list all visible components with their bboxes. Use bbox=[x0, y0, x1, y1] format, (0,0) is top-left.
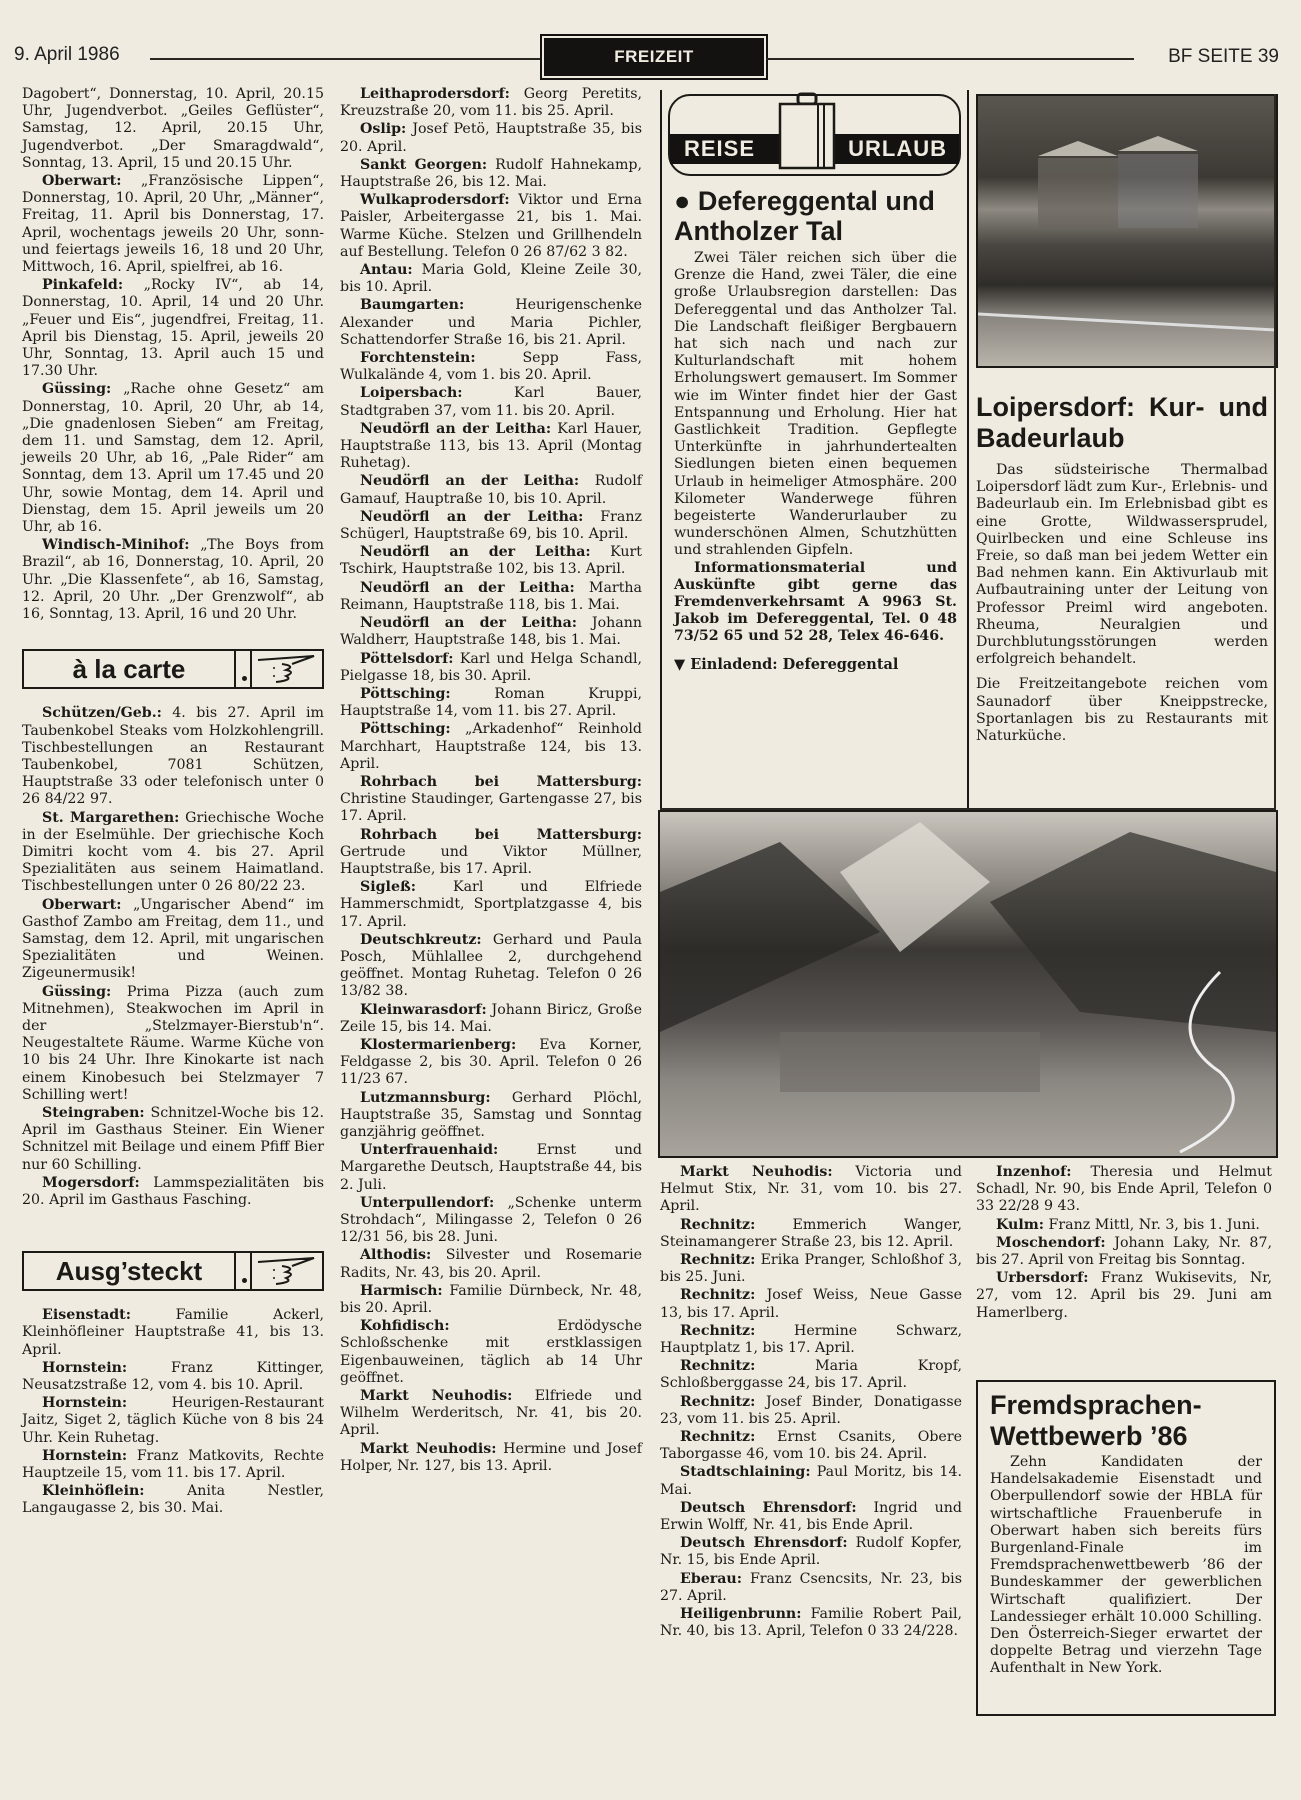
place-name: Leithaprodersdorf: bbox=[360, 86, 510, 102]
place-name: Hornstein: bbox=[42, 1360, 127, 1376]
place-name: Klostermarienberg: bbox=[360, 1037, 516, 1053]
listing-entry: Schützen/Geb.: 4. bis 27. April im Taube… bbox=[22, 705, 324, 808]
place-name: Pöttelsdorf: bbox=[360, 651, 453, 667]
listing-entry: Markt Neuhodis: Elfriede und Wilhelm Wer… bbox=[340, 1388, 642, 1440]
place-name: Rohrbach bei Mattersburg: bbox=[360, 774, 642, 790]
listing-entry: Heiligenbrunn: Familie Robert Pail, Nr. … bbox=[660, 1606, 962, 1640]
place-name: Oberwart: bbox=[42, 173, 121, 189]
listing-entry: Rechnitz: Ernst Csanits, Obere Taborgass… bbox=[660, 1429, 962, 1463]
place-name: Pöttsching: bbox=[360, 686, 451, 702]
listing-entry: Moschendorf: Johann Laky, Nr. 87, bis 27… bbox=[976, 1235, 1272, 1269]
header-rule-right bbox=[766, 58, 1134, 60]
info-paragraph: Informationsmaterial und Auskünfte gibt … bbox=[674, 560, 957, 646]
place-name: Hornstein: bbox=[42, 1395, 127, 1411]
place-name: Oberwart: bbox=[42, 897, 121, 913]
place-name: Wulkaprodersdorf: bbox=[360, 192, 510, 208]
listing-entry: Stadtschlaining: Paul Moritz, bis 14. Ma… bbox=[660, 1464, 962, 1498]
listing-entry: Rechnitz: Erika Pranger, Schloßhof 3, bi… bbox=[660, 1252, 962, 1286]
heurigen-list: Leithaprodersdorf: Georg Peretits, Kreuz… bbox=[340, 86, 642, 1475]
place-name: Neudörfl an der Leitha: bbox=[360, 544, 591, 560]
pointing-hand-icon bbox=[252, 654, 322, 684]
place-name: Güssing: bbox=[42, 381, 111, 397]
divider-dot bbox=[234, 651, 252, 687]
right-rule bbox=[1274, 94, 1276, 808]
place-name: Kohfidisch: bbox=[360, 1318, 450, 1334]
ausgsteckt-section-header: Ausg’steckt bbox=[22, 1251, 324, 1291]
place-name: Rechnitz: bbox=[680, 1252, 755, 1268]
listing-entry: Rechnitz: Emmerich Wanger, Steinamangere… bbox=[660, 1217, 962, 1251]
page-number: BF SEITE 39 bbox=[1168, 46, 1279, 68]
place-name: Markt Neuhodis: bbox=[680, 1164, 833, 1180]
place-name: Neudörfl an der Leitha: bbox=[360, 615, 577, 631]
article-headline: ● Defereggental und Antholzer Tal bbox=[674, 186, 959, 246]
place-name: Neudörfl an der Leitha: bbox=[360, 580, 575, 596]
place-name: Inzenhof: bbox=[996, 1164, 1071, 1180]
listing-entry: Steingraben: Schnitzel-Woche bis 12. Apr… bbox=[22, 1105, 324, 1174]
place-name: Rohrbach bei Mattersburg: bbox=[360, 827, 642, 843]
place-name: Neudörfl an der Leitha: bbox=[360, 421, 551, 437]
listing-entry: Rechnitz: Maria Kropf, Schloßberggasse 2… bbox=[660, 1358, 962, 1392]
place-name: Pinkafeld: bbox=[42, 277, 123, 293]
suitcase-icon bbox=[774, 92, 844, 172]
alacarte-title: à la carte bbox=[24, 661, 234, 678]
header-rule-left bbox=[150, 58, 540, 60]
listing-text: Prima Pizza (auch zum Mitnehmen), Steakw… bbox=[22, 984, 324, 1103]
cinema-continued: Dagobert“, Donnerstag, 10. April, 20.15 … bbox=[22, 86, 324, 172]
place-name: Sankt Georgen: bbox=[360, 157, 487, 173]
bullet-icon: ● bbox=[674, 186, 690, 216]
place-name: Rechnitz: bbox=[680, 1217, 755, 1233]
place-name: Kulm: bbox=[996, 1217, 1044, 1233]
ausgsteckt-title: Ausg’steckt bbox=[24, 1263, 234, 1280]
alacarte-section-header: à la carte bbox=[22, 649, 324, 689]
place-name: Harmisch: bbox=[360, 1283, 443, 1299]
listing-entry: Antau: Maria Gold, Kleine Zeile 30, bis … bbox=[340, 262, 642, 296]
pointing-hand-icon bbox=[252, 1256, 322, 1286]
listing-entry: Windisch-Minihof: „The Boys from Brazil“… bbox=[22, 537, 324, 623]
place-name: Deutsch Ehrensdorf: bbox=[680, 1500, 857, 1516]
listing-entry: Forchtenstein: Sepp Fass, Wulkalände 4, … bbox=[340, 350, 642, 384]
listing-entry: Rechnitz: Josef Binder, Donatigasse 23, … bbox=[660, 1394, 962, 1428]
listing-entry: Mogersdorf: Lammspezialitäten bis 20. Ap… bbox=[22, 1175, 324, 1209]
banner-right-label: URLAUB bbox=[848, 136, 947, 162]
listing-entry: Harmisch: Familie Dürnbeck, Nr. 48, bis … bbox=[340, 1283, 642, 1317]
listing-entry: Rechnitz: Josef Weiss, Neue Gasse 13, bi… bbox=[660, 1287, 962, 1321]
listing-entry: Neudörfl an der Leitha: Rudolf Gamauf, H… bbox=[340, 473, 642, 507]
place-name: Neudörfl an der Leitha: bbox=[360, 509, 583, 525]
issue-date: 9. April 1986 bbox=[14, 44, 120, 66]
place-name: Urbersdorf: bbox=[996, 1270, 1088, 1286]
down-arrow-icon: ▼ bbox=[674, 656, 685, 673]
column-3-lower: Markt Neuhodis: Victoria und Helmut Stix… bbox=[660, 1164, 962, 1641]
place-name: Deutschkreutz: bbox=[360, 932, 482, 948]
place-name: Loipersbach: bbox=[360, 385, 463, 401]
place-name: St. Margarethen: bbox=[42, 810, 179, 826]
listing-entry: Güssing: „Rache ohne Gesetz“ am Donnerst… bbox=[22, 381, 324, 536]
listing-text: „Rache ohne Gesetz“ am Donnerstag, 10. A… bbox=[22, 381, 324, 535]
listing-entry: Sankt Georgen: Rudolf Hahnekamp, Hauptst… bbox=[340, 157, 642, 191]
listing-entry: Neudörfl an der Leitha: Kurt Tschirk, Ha… bbox=[340, 544, 642, 578]
listing-entry: Inzenhof: Theresia und Helmut Schadl, Nr… bbox=[976, 1164, 1272, 1216]
place-name: Lutzmannsburg: bbox=[360, 1090, 491, 1106]
listing-entry: Rechnitz: Hermine Schwarz, Hauptplatz 1,… bbox=[660, 1323, 962, 1357]
travel-box: REISE URLAUB ● Defereggental und Antholz… bbox=[660, 90, 969, 812]
listing-entry: Pöttsching: Roman Kruppi, Hauptstraße 14… bbox=[340, 686, 642, 720]
listing-entry: Neudörfl an der Leitha: Martha Reimann, … bbox=[340, 580, 642, 614]
listing-entry: Klostermarienberg: Eva Korner, Feldgasse… bbox=[340, 1037, 642, 1089]
listing-entry: Hornstein: Heurigen-Restaurant Jaitz, Si… bbox=[22, 1395, 324, 1447]
listing-entry: Oberwart: „Ungarischer Abend“ im Gasthof… bbox=[22, 897, 324, 983]
cinema-list: Oberwart: „Französische Lippen“, Donners… bbox=[22, 173, 324, 623]
listing-entry: Urbersdorf: Franz Wukisevits, Nr, 27, vo… bbox=[976, 1270, 1272, 1322]
listing-entry: Baumgarten: Heurigenschenke Alexander un… bbox=[340, 297, 642, 349]
listing-entry: Pinkafeld: „Rocky IV“, ab 14, Donnerstag… bbox=[22, 277, 324, 380]
place-name: Neudörfl an der Leitha: bbox=[360, 473, 579, 489]
listing-entry: Deutsch Ehrensdorf: Rudolf Kopfer, Nr. 1… bbox=[660, 1535, 962, 1569]
listing-entry: Hornstein: Franz Matkovits, Rechte Haupt… bbox=[22, 1448, 324, 1482]
place-name: Moschendorf: bbox=[996, 1235, 1106, 1251]
listing-entry: Deutschkreutz: Gerhard und Paula Posch, … bbox=[340, 932, 642, 1001]
listing-entry: Neudörfl an der Leitha: Franz Schügerl, … bbox=[340, 509, 642, 543]
place-name: Eberau: bbox=[680, 1571, 742, 1587]
place-name: Windisch-Minihof: bbox=[42, 537, 189, 553]
listing-entry: Kleinhöflein: Anita Nestler, Langaugasse… bbox=[22, 1483, 324, 1517]
place-name: Pöttsching: bbox=[360, 721, 451, 737]
listing-entry: Markt Neuhodis: Hermine und Josef Holper… bbox=[340, 1441, 642, 1475]
listing-entry: Kohfidisch: Erdödysche Schloßschenke mit… bbox=[340, 1318, 642, 1387]
photo-caption: ▼ Einladend: Defereggental bbox=[674, 656, 957, 673]
listing-text: Franz Mittl, Nr. 3, bis 1. Juni. bbox=[1044, 1217, 1260, 1233]
listing-entry: Kulm: Franz Mittl, Nr. 3, bis 1. Juni. bbox=[976, 1217, 1272, 1234]
article-headline: Loipersdorf: Kur- und Badeurlaub bbox=[976, 392, 1268, 454]
place-name: Kleinwarasdorf: bbox=[360, 1002, 487, 1018]
listing-entry: Hornstein: Franz Kittinger, Neusatzstraß… bbox=[22, 1360, 324, 1394]
listing-entry: Wulkaprodersdorf: Viktor und Erna Paisle… bbox=[340, 192, 642, 261]
listing-entry: Rohrbach bei Mattersburg: Christine Stau… bbox=[340, 774, 642, 826]
place-name: Baumgarten: bbox=[360, 297, 464, 313]
place-name: Deutsch Ehrensdorf: bbox=[680, 1535, 848, 1551]
listing-entry: Rohrbach bei Mattersburg: Gertrude und V… bbox=[340, 827, 642, 879]
place-name: Güssing: bbox=[42, 984, 111, 1000]
heurigen-list-continued: Markt Neuhodis: Victoria und Helmut Stix… bbox=[660, 1164, 962, 1640]
place-name: Forchtenstein: bbox=[360, 350, 476, 366]
listing-entry: Markt Neuhodis: Victoria und Helmut Stix… bbox=[660, 1164, 962, 1216]
listing-entry: Oslip: Josef Petö, Hauptstraße 35, bis 2… bbox=[340, 121, 642, 155]
divider-dot bbox=[234, 1253, 252, 1289]
place-name: Rechnitz: bbox=[680, 1394, 755, 1410]
place-name: Schützen/Geb.: bbox=[42, 705, 162, 721]
listing-entry: Leithaprodersdorf: Georg Peretits, Kreuz… bbox=[340, 86, 642, 120]
listing-entry: Eberau: Franz Csencsits, Nr. 23, bis 27.… bbox=[660, 1571, 962, 1605]
place-name: Markt Neuhodis: bbox=[360, 1441, 496, 1457]
place-name: Althodis: bbox=[360, 1247, 431, 1263]
article-headline: Fremdsprachen-Wettbewerb ’86 bbox=[990, 1390, 1262, 1452]
listing-entry: Loipersbach: Karl Bauer, Stadtgraben 37,… bbox=[340, 385, 642, 419]
article-body: Zehn Kandidaten der Handelsakademie Eise… bbox=[990, 1454, 1262, 1678]
listing-entry: Unterpullendorf: „Schenke unterm Strohda… bbox=[340, 1195, 642, 1247]
place-name: Rechnitz: bbox=[680, 1323, 755, 1339]
alacarte-list: Schützen/Geb.: 4. bis 27. April im Taube… bbox=[22, 705, 324, 1209]
column-4-lower: Inzenhof: Theresia und Helmut Schadl, Nr… bbox=[976, 1164, 1272, 1323]
heurigen-list-end: Inzenhof: Theresia und Helmut Schadl, Nr… bbox=[976, 1164, 1272, 1322]
place-name: Oslip: bbox=[360, 121, 406, 137]
place-name: Unterfrauenhaid: bbox=[360, 1142, 498, 1158]
place-name: Steingraben: bbox=[42, 1105, 145, 1121]
place-name: Hornstein: bbox=[42, 1448, 127, 1464]
place-name: Heiligenbrunn: bbox=[680, 1606, 801, 1622]
place-name: Antau: bbox=[360, 262, 413, 278]
listing-entry: St. Margarethen: Griechische Woche in de… bbox=[22, 810, 324, 896]
place-name: Rechnitz: bbox=[680, 1287, 755, 1303]
listing-text: Gertrude und Viktor Müllner, Hauptstraße… bbox=[340, 844, 642, 877]
column-1: Dagobert“, Donnerstag, 10. April, 20.15 … bbox=[22, 86, 324, 1519]
listing-entry: Sigleß: Karl und Elfriede Hammerschmidt,… bbox=[340, 879, 642, 931]
place-name: Rechnitz: bbox=[680, 1358, 755, 1374]
listing-entry: Eisenstadt: Familie Ackerl, Kleinhöflein… bbox=[22, 1307, 324, 1359]
loipersdorf-article: Loipersdorf: Kur- und Badeurlaub Das süd… bbox=[976, 392, 1268, 746]
column-2: Leithaprodersdorf: Georg Peretits, Kreuz… bbox=[340, 86, 642, 1476]
listing-entry: Deutsch Ehrensdorf: Ingrid und Erwin Wol… bbox=[660, 1500, 962, 1534]
listing-entry: Pöttelsdorf: Karl und Helga Schandl, Pie… bbox=[340, 651, 642, 685]
place-name: Markt Neuhodis: bbox=[360, 1388, 512, 1404]
place-name: Unterpullendorf: bbox=[360, 1195, 494, 1211]
alpine-valley-photo bbox=[658, 810, 1278, 1158]
listing-entry: Althodis: Silvester und Rosemarie Radits… bbox=[340, 1247, 642, 1281]
place-name: Eisenstadt: bbox=[42, 1307, 131, 1323]
listing-entry: Oberwart: „Französische Lippen“, Donners… bbox=[22, 173, 324, 276]
listing-entry: Güssing: Prima Pizza (auch zum Mitnehmen… bbox=[22, 984, 324, 1104]
place-name: Rechnitz: bbox=[680, 1429, 755, 1445]
ausgsteckt-list: Eisenstadt: Familie Ackerl, Kleinhöflein… bbox=[22, 1307, 324, 1517]
listing-entry: Neudörfl an der Leitha: Johann Waldherr,… bbox=[340, 615, 642, 649]
thermal-bath-photo bbox=[976, 94, 1278, 368]
listing-entry: Lutzmannsburg: Gerhard Plöchl, Hauptstra… bbox=[340, 1090, 642, 1142]
place-name: Mogersdorf: bbox=[42, 1175, 140, 1191]
listing-entry: Unterfrauenhaid: Ernst und Margarethe De… bbox=[340, 1142, 642, 1194]
listing-text: Christine Staudinger, Gartengasse 27, bi… bbox=[340, 791, 642, 824]
banner-left-label: REISE bbox=[684, 136, 755, 162]
listing-entry: Pöttsching: „Arkadenhof“ Reinhold Marchh… bbox=[340, 721, 642, 773]
listing-entry: Kleinwarasdorf: Johann Biricz, Große Zei… bbox=[340, 1002, 642, 1036]
place-name: Sigleß: bbox=[360, 879, 416, 895]
section-label: FREIZEIT bbox=[544, 38, 764, 76]
place-name: Stadtschlaining: bbox=[680, 1464, 811, 1480]
reise-urlaub-banner: REISE URLAUB bbox=[668, 94, 961, 176]
article-body: Zwei Täler reichen sich über die Grenze … bbox=[674, 250, 957, 646]
listing-entry: Neudörfl an der Leitha: Karl Hauer, Haup… bbox=[340, 421, 642, 473]
place-name: Kleinhöflein: bbox=[42, 1483, 145, 1499]
language-contest-box: Fremdsprachen-Wettbewerb ’86 Zehn Kandid… bbox=[976, 1380, 1276, 1716]
